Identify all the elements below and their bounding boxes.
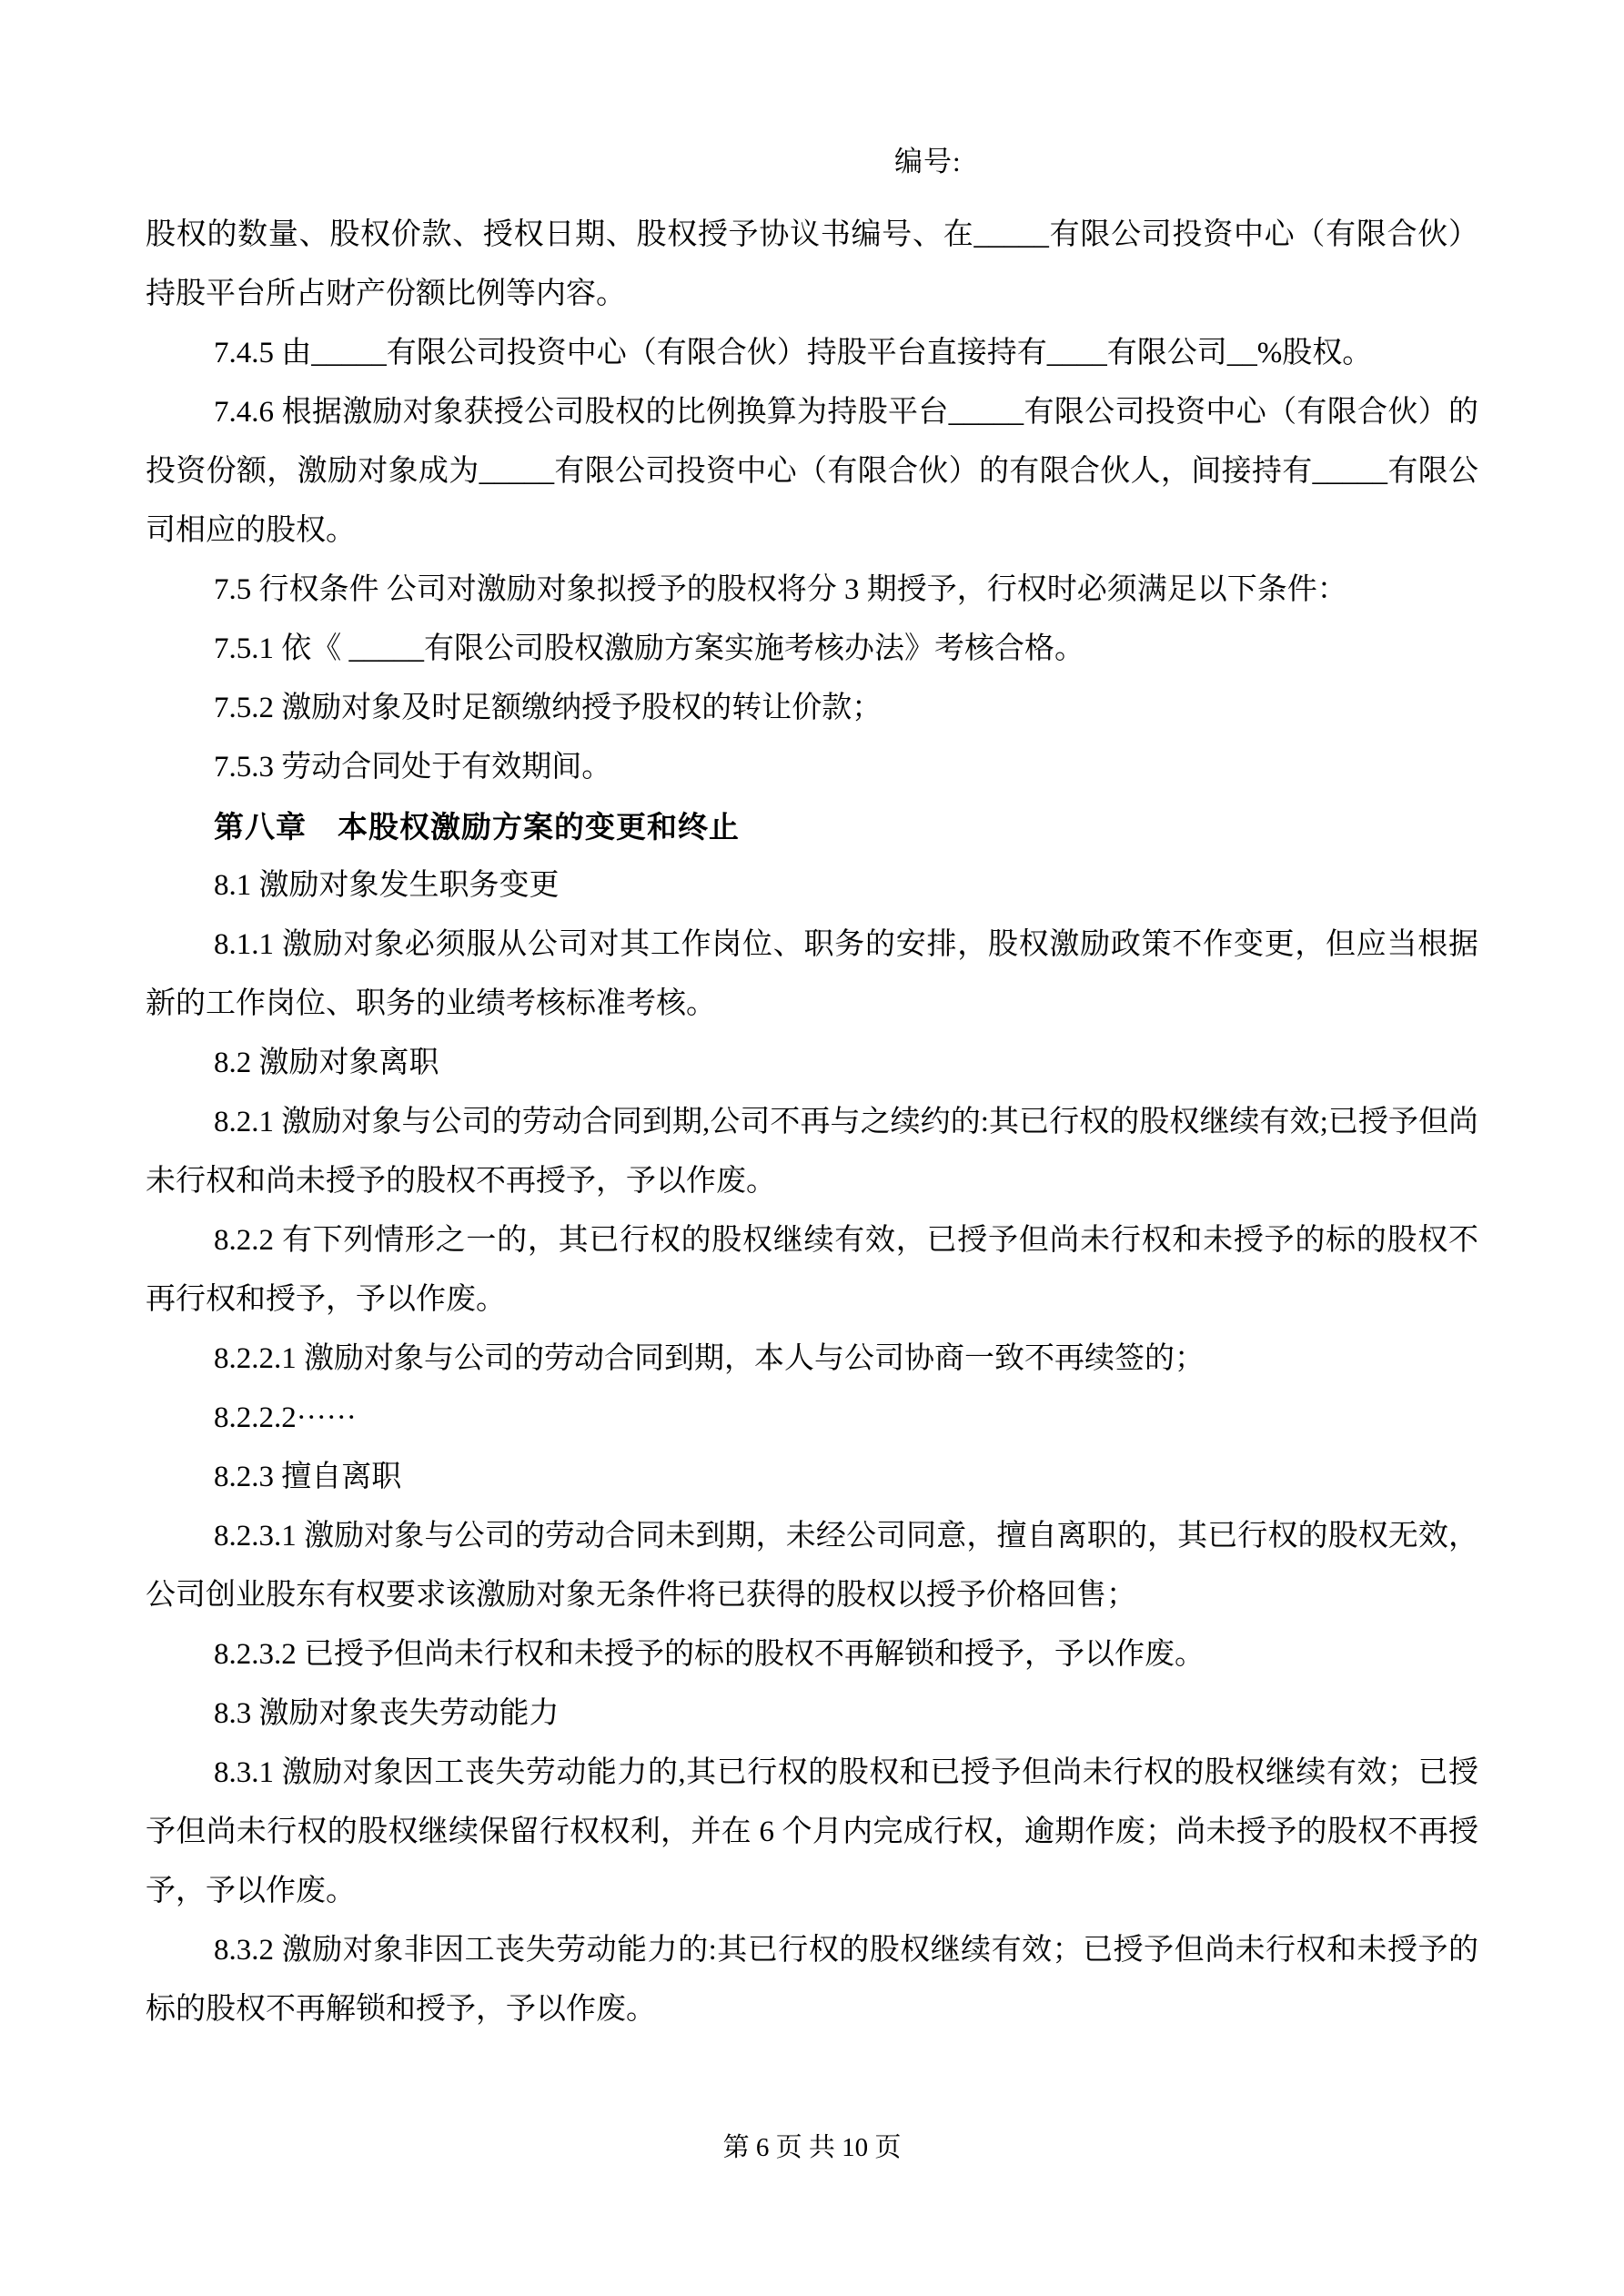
paragraph-clause-8-1-1: 8.1.1 激励对象必须服从公司对其工作岗位、职务的安排，股权激励政策不作变更，…	[146, 915, 1478, 1034]
paragraph-clause-8-2-2-2: 8.2.2.2······	[146, 1389, 1478, 1448]
paragraph-clause-8-2-2: 8.2.2 有下列情形之一的，其已行权的股权继续有效，已授予但尚未行权和未授予的…	[146, 1211, 1478, 1330]
paragraph-clause-7-5-3: 7.5.3 劳动合同处于有效期间。	[146, 738, 1478, 797]
paragraph-clause-8-1: 8.1 激励对象发生职务变更	[146, 856, 1478, 915]
paragraph-clause-8-2-3-1: 8.2.3.1 激励对象与公司的劳动合同未到期，未经公司同意，擅自离职的，其已行…	[146, 1507, 1478, 1625]
paragraph-continuation-7-4-4: 股权的数量、股权价款、授权日期、股权授予协议书编号、在_____有限公司投资中心…	[146, 206, 1478, 324]
paragraph-clause-8-3-2: 8.3.2 激励对象非因工丧失劳动能力的:其已行权的股权继续有效；已授予但尚未行…	[146, 1921, 1478, 2039]
paragraph-clause-8-2: 8.2 激励对象离职	[146, 1034, 1478, 1093]
paragraph-clause-7-4-5: 7.4.5 由_____有限公司投资中心（有限合伙）持股平台直接持有____有限…	[146, 324, 1478, 383]
paragraph-clause-7-5: 7.5 行权条件 公司对激励对象拟授予的股权将分 3 期授予，行权时必须满足以下…	[146, 561, 1478, 620]
paragraph-clause-7-5-2: 7.5.2 激励对象及时足额缴纳授予股权的转让价款；	[146, 679, 1478, 738]
document-body: 股权的数量、股权价款、授权日期、股权授予协议书编号、在_____有限公司投资中心…	[146, 206, 1478, 2039]
paragraph-clause-7-4-6: 7.4.6 根据激励对象获授公司股权的比例换算为持股平台_____有限公司投资中…	[146, 383, 1478, 561]
document-page: 编号: 股权的数量、股权价款、授权日期、股权授予协议书编号、在_____有限公司…	[0, 0, 1624, 2296]
paragraph-clause-8-3-1: 8.3.1 激励对象因工丧失劳动能力的,其已行权的股权和已授予但尚未行权的股权继…	[146, 1744, 1478, 1921]
paragraph-clause-8-2-3-2: 8.2.3.2 已授予但尚未行权和未授予的标的股权不再解锁和授予，予以作废。	[146, 1625, 1478, 1684]
doc-number-label: 编号:	[894, 146, 962, 178]
paragraph-clause-8-2-2-1: 8.2.2.1 激励对象与公司的劳动合同到期，本人与公司协商一致不再续签的；	[146, 1330, 1478, 1389]
paragraph-clause-8-3: 8.3 激励对象丧失劳动能力	[146, 1684, 1478, 1744]
chapter-8-heading: 第八章 本股权激励方案的变更和终止	[146, 797, 1478, 856]
page-footer: 第 6 页 共 10 页	[0, 2131, 1624, 2164]
paragraph-clause-8-2-3: 8.2.3 擅自离职	[146, 1448, 1478, 1507]
paragraph-clause-7-5-1: 7.5.1 依《 _____有限公司股权激励方案实施考核办法》考核合格。	[146, 620, 1478, 679]
paragraph-clause-8-2-1: 8.2.1 激励对象与公司的劳动合同到期,公司不再与之续约的:其已行权的股权继续…	[146, 1093, 1478, 1211]
